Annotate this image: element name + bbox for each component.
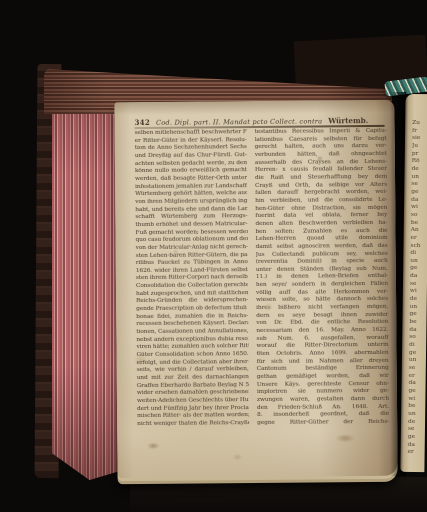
text-line: de [412, 166, 427, 174]
text-line: un [409, 357, 425, 365]
text-column-left: selben mitlehenschafft beschwehrter Frey… [135, 129, 250, 429]
text-line: be [409, 319, 425, 327]
text-line: un [411, 174, 427, 182]
text-line: di [410, 250, 426, 258]
text-line: ge [409, 311, 425, 319]
text-line: An [411, 227, 427, 235]
text-line: da [409, 380, 425, 388]
text-line: sie [412, 135, 427, 143]
facing-page-text: ZufrsieJuprRödeunsegedawisobeAnerschdiun… [401, 94, 427, 457]
text-line: pr [412, 151, 427, 159]
text-line: da [409, 327, 425, 335]
text-line: da [411, 197, 427, 205]
text-line: ge [411, 189, 427, 197]
text-line: di [409, 342, 425, 350]
text-line: Zu [412, 120, 427, 128]
text-line: ge [408, 434, 424, 442]
text-line: Rö [412, 158, 427, 166]
text-line: de [410, 296, 426, 304]
book-photo-scene: { "palette": { "background": "#0b0908", … [0, 0, 427, 512]
text-line: be [408, 403, 424, 411]
text-line: be [411, 219, 427, 227]
text-line: so [409, 334, 425, 342]
running-head: 342 Cod. Dipl. part. II. Mandat pcto Col… [135, 116, 385, 127]
text-column-right: testantibus Recessibus Imperii & Capitu-… [255, 128, 390, 428]
table-surface [130, 477, 427, 512]
text-line: gegne Ritter-Güther der Reichs- [257, 419, 389, 428]
text-line: wi [411, 204, 427, 212]
main-page: 342 Cod. Dipl. part. II. Mandat pcto Col… [114, 100, 397, 478]
text-line: nicht weniger thaten die Reichs-Crayße [137, 420, 249, 429]
text-line: ge [409, 350, 425, 358]
page-content: 342 Cod. Dipl. part. II. Mandat pcto Col… [127, 116, 390, 468]
text-columns: selben mitlehenschafft beschwehrter Frey… [135, 128, 390, 429]
book-fore-edge-pages [52, 68, 124, 480]
text-line: ge [408, 388, 424, 396]
text-line: er [409, 373, 425, 381]
text-line: se [409, 365, 425, 373]
text-line: se [408, 426, 424, 434]
page-number: 342 [135, 118, 151, 127]
running-head-suffix: Würtemb. [328, 116, 368, 125]
text-line: Ju [412, 143, 427, 151]
text-line: er [408, 449, 424, 457]
text-line: so [411, 212, 427, 220]
text-line: se [411, 181, 427, 189]
text-line: un [408, 411, 424, 419]
text-line: da [410, 273, 426, 281]
facing-page-sliver: ZufrsieJuprRödeunsegedawisobeAnerschdiun… [400, 94, 427, 472]
text-line: er [411, 235, 427, 243]
running-head-title: Cod. Dipl. part. II. Mandat pcto Collect… [156, 117, 322, 126]
